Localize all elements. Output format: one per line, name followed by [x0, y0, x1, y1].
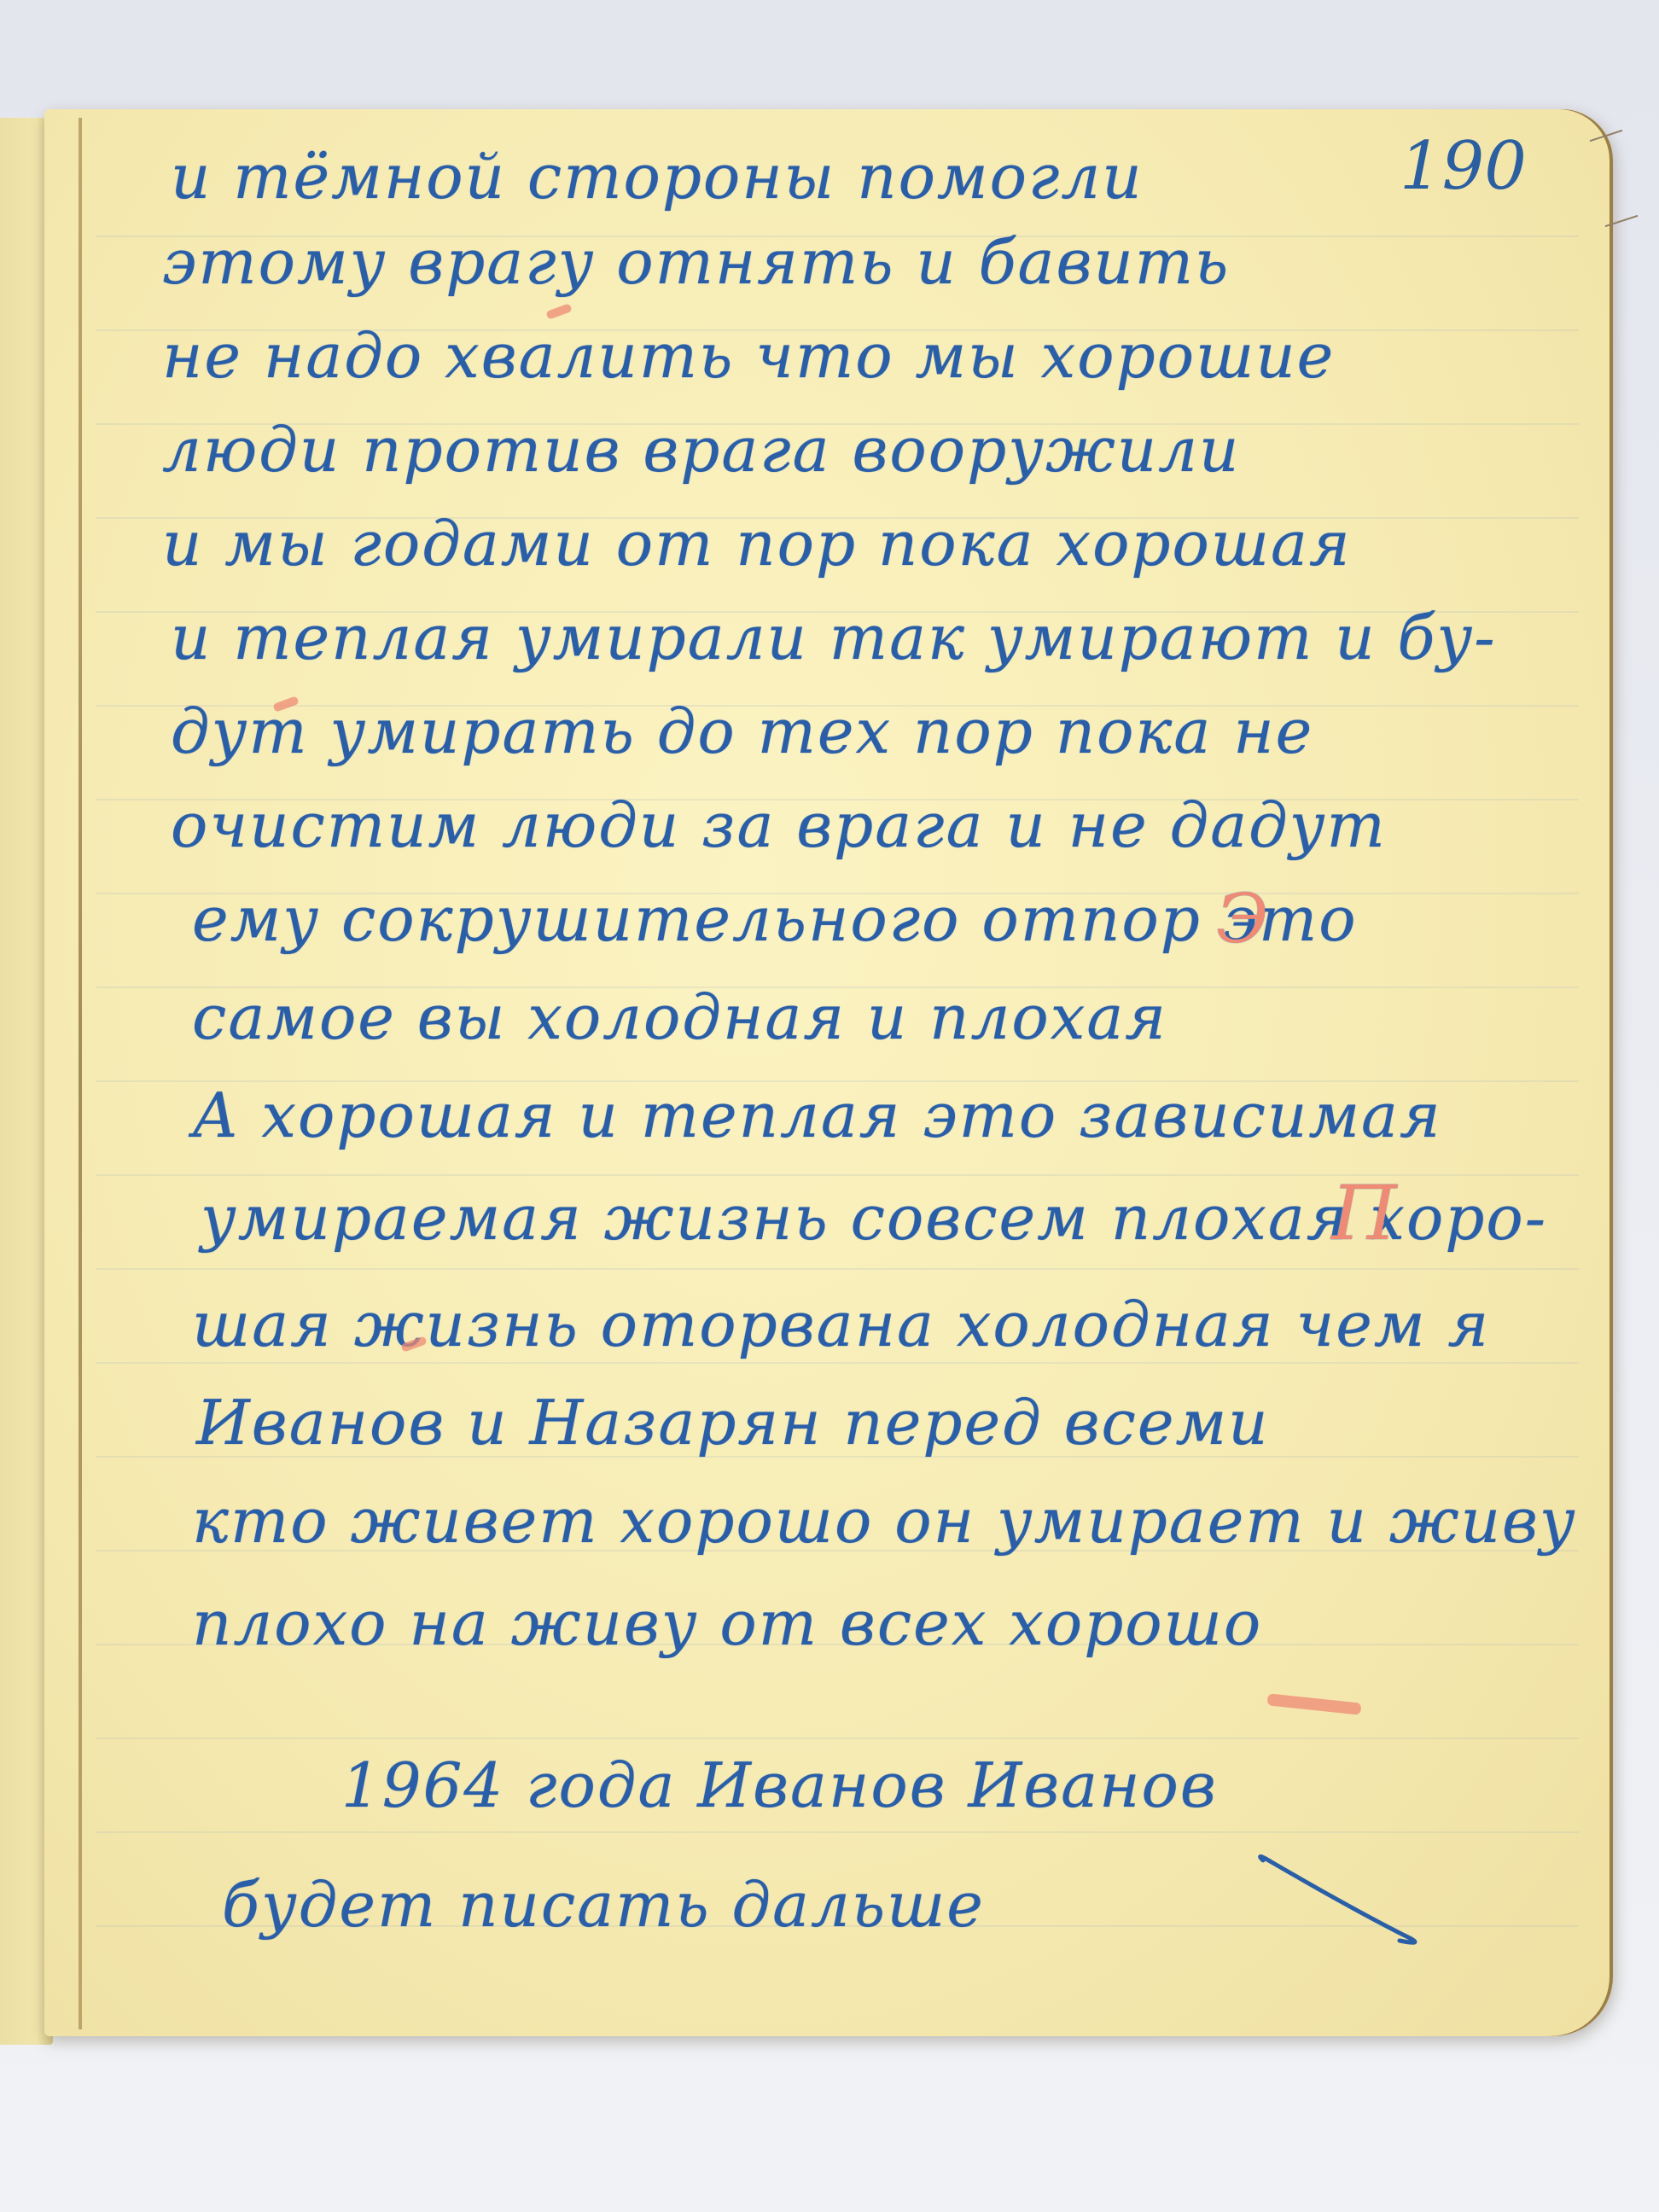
handwritten-line: шая жизнь оторвана холодная чем я — [192, 1289, 1490, 1360]
signature-flourish — [1254, 1852, 1476, 1946]
page-number: 190 — [1400, 128, 1527, 205]
margin-correction-mark: Э — [1216, 879, 1270, 958]
handwritten-line: и мы годами от пор пока хорошая — [162, 508, 1352, 579]
handwritten-line: дут умирать до тех пор пока не — [171, 696, 1313, 767]
signature-line: 1964 года Иванов Иванов — [341, 1749, 1218, 1821]
margin-correction-mark: П — [1331, 1169, 1399, 1257]
notebook-page — [44, 109, 1613, 2036]
handwritten-line: будет писать дальше — [222, 1869, 985, 1941]
handwritten-line: самое вы холодная и плохая — [192, 981, 1167, 1053]
page-binding-fold — [79, 118, 82, 2029]
handwritten-line: плохо на живу от всех хорошо — [192, 1587, 1262, 1659]
handwritten-line: А хорошая и теплая это зависимая — [192, 1080, 1442, 1151]
handwritten-line: не надо хвалить что мы хорошие — [162, 320, 1335, 392]
handwritten-line: очистим люди за врага и не дадут — [171, 789, 1387, 861]
handwritten-line: люди против врага вооружили — [162, 414, 1240, 486]
handwritten-line: Иванов и Назарян перед всеми — [196, 1387, 1270, 1458]
handwritten-line: этому врагу отнять и бавить — [162, 226, 1230, 298]
handwritten-line: ему сокрушительного отпор это — [192, 883, 1358, 955]
handwritten-line: и тёмной стороны помогли — [171, 141, 1144, 212]
handwritten-line: кто живет хорошо он умирает и живу — [192, 1485, 1577, 1557]
handwritten-line: и теплая умирали так умирают и бу- — [171, 602, 1497, 673]
